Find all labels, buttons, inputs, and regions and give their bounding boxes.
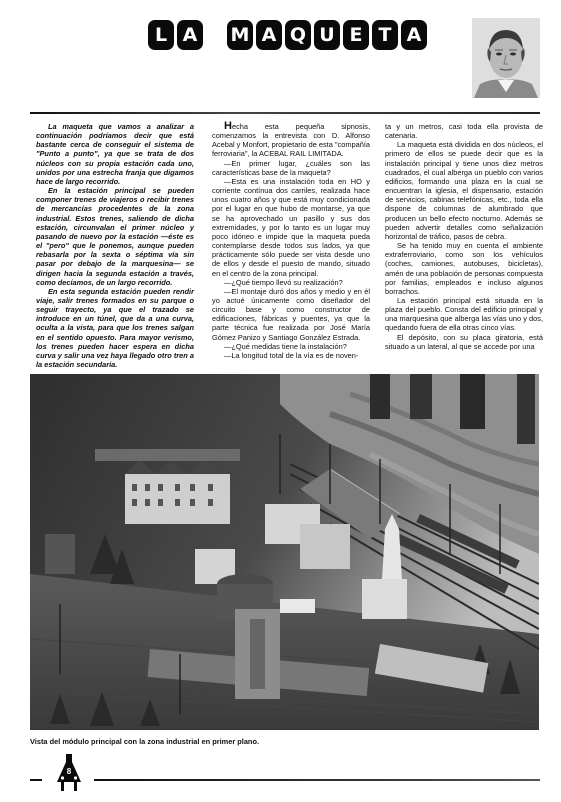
paragraph-text: echa esta pequeña sipnosis, comenzamos l… — [212, 122, 370, 158]
title-letter: Q — [285, 20, 311, 50]
photo-caption: Vista del módulo principal con la zona i… — [30, 737, 259, 746]
paragraph: La estación principal está situada en la… — [385, 296, 543, 333]
model-railway-photo — [30, 374, 539, 730]
paragraph-lead: Hecha esta pequeña sipnosis, comenzamos … — [212, 122, 370, 159]
paragraph: La maqueta que vamos a analizar a contin… — [36, 122, 194, 186]
page-number-badge: 8 — [55, 754, 83, 792]
paragraph: ta y un metros, casi toda ella provista … — [385, 122, 543, 140]
article-column-intro: La maqueta que vamos a analizar a contin… — [36, 122, 194, 369]
paragraph: —Esta es una instalación toda en HO y co… — [212, 177, 370, 278]
paragraph: La maqueta está dividida en dos núcleos,… — [385, 140, 543, 241]
footer-rule-left — [30, 779, 42, 781]
paragraph: —En primer lugar, ¿cuáles son las caract… — [212, 159, 370, 177]
title-letter: L — [148, 20, 174, 50]
paragraph: —¿Qué tiempo llevó su realización? — [212, 278, 370, 287]
article-column-interview: Hecha esta pequeña sipnosis, comenzamos … — [212, 122, 370, 360]
title-letter: M — [227, 20, 253, 50]
paragraph: Se ha tenido muy en cuenta el ambiente e… — [385, 241, 543, 296]
page-title: L A M A Q U E T A — [148, 20, 427, 56]
footer-rule — [94, 779, 540, 781]
title-word-maqueta: M A Q U E T A — [227, 20, 427, 56]
paragraph: En esta segunda estación pueden rendir v… — [36, 287, 194, 369]
paragraph: En la estación principal se pueden compo… — [36, 186, 194, 287]
paragraph: —La longitud total de la vía es de noven… — [212, 351, 370, 360]
title-letter: A — [177, 20, 203, 50]
title-letter: A — [256, 20, 282, 50]
paragraph: —¿Qué medidas tiene la instalación? — [212, 342, 370, 351]
author-portrait — [472, 18, 540, 98]
title-letter: U — [314, 20, 340, 50]
title-letter: E — [343, 20, 369, 50]
article-column-description: ta y un metros, casi toda ella provista … — [385, 122, 543, 351]
page-number: 8 — [55, 767, 83, 776]
paragraph: —El montaje duró dos años y medio y en é… — [212, 287, 370, 342]
paragraph: El depósito, con su placa giratoria, est… — [385, 333, 543, 351]
title-letter: A — [401, 20, 427, 50]
header-rule — [30, 112, 540, 114]
title-letter: T — [372, 20, 398, 50]
title-word-la: L A — [148, 20, 203, 56]
